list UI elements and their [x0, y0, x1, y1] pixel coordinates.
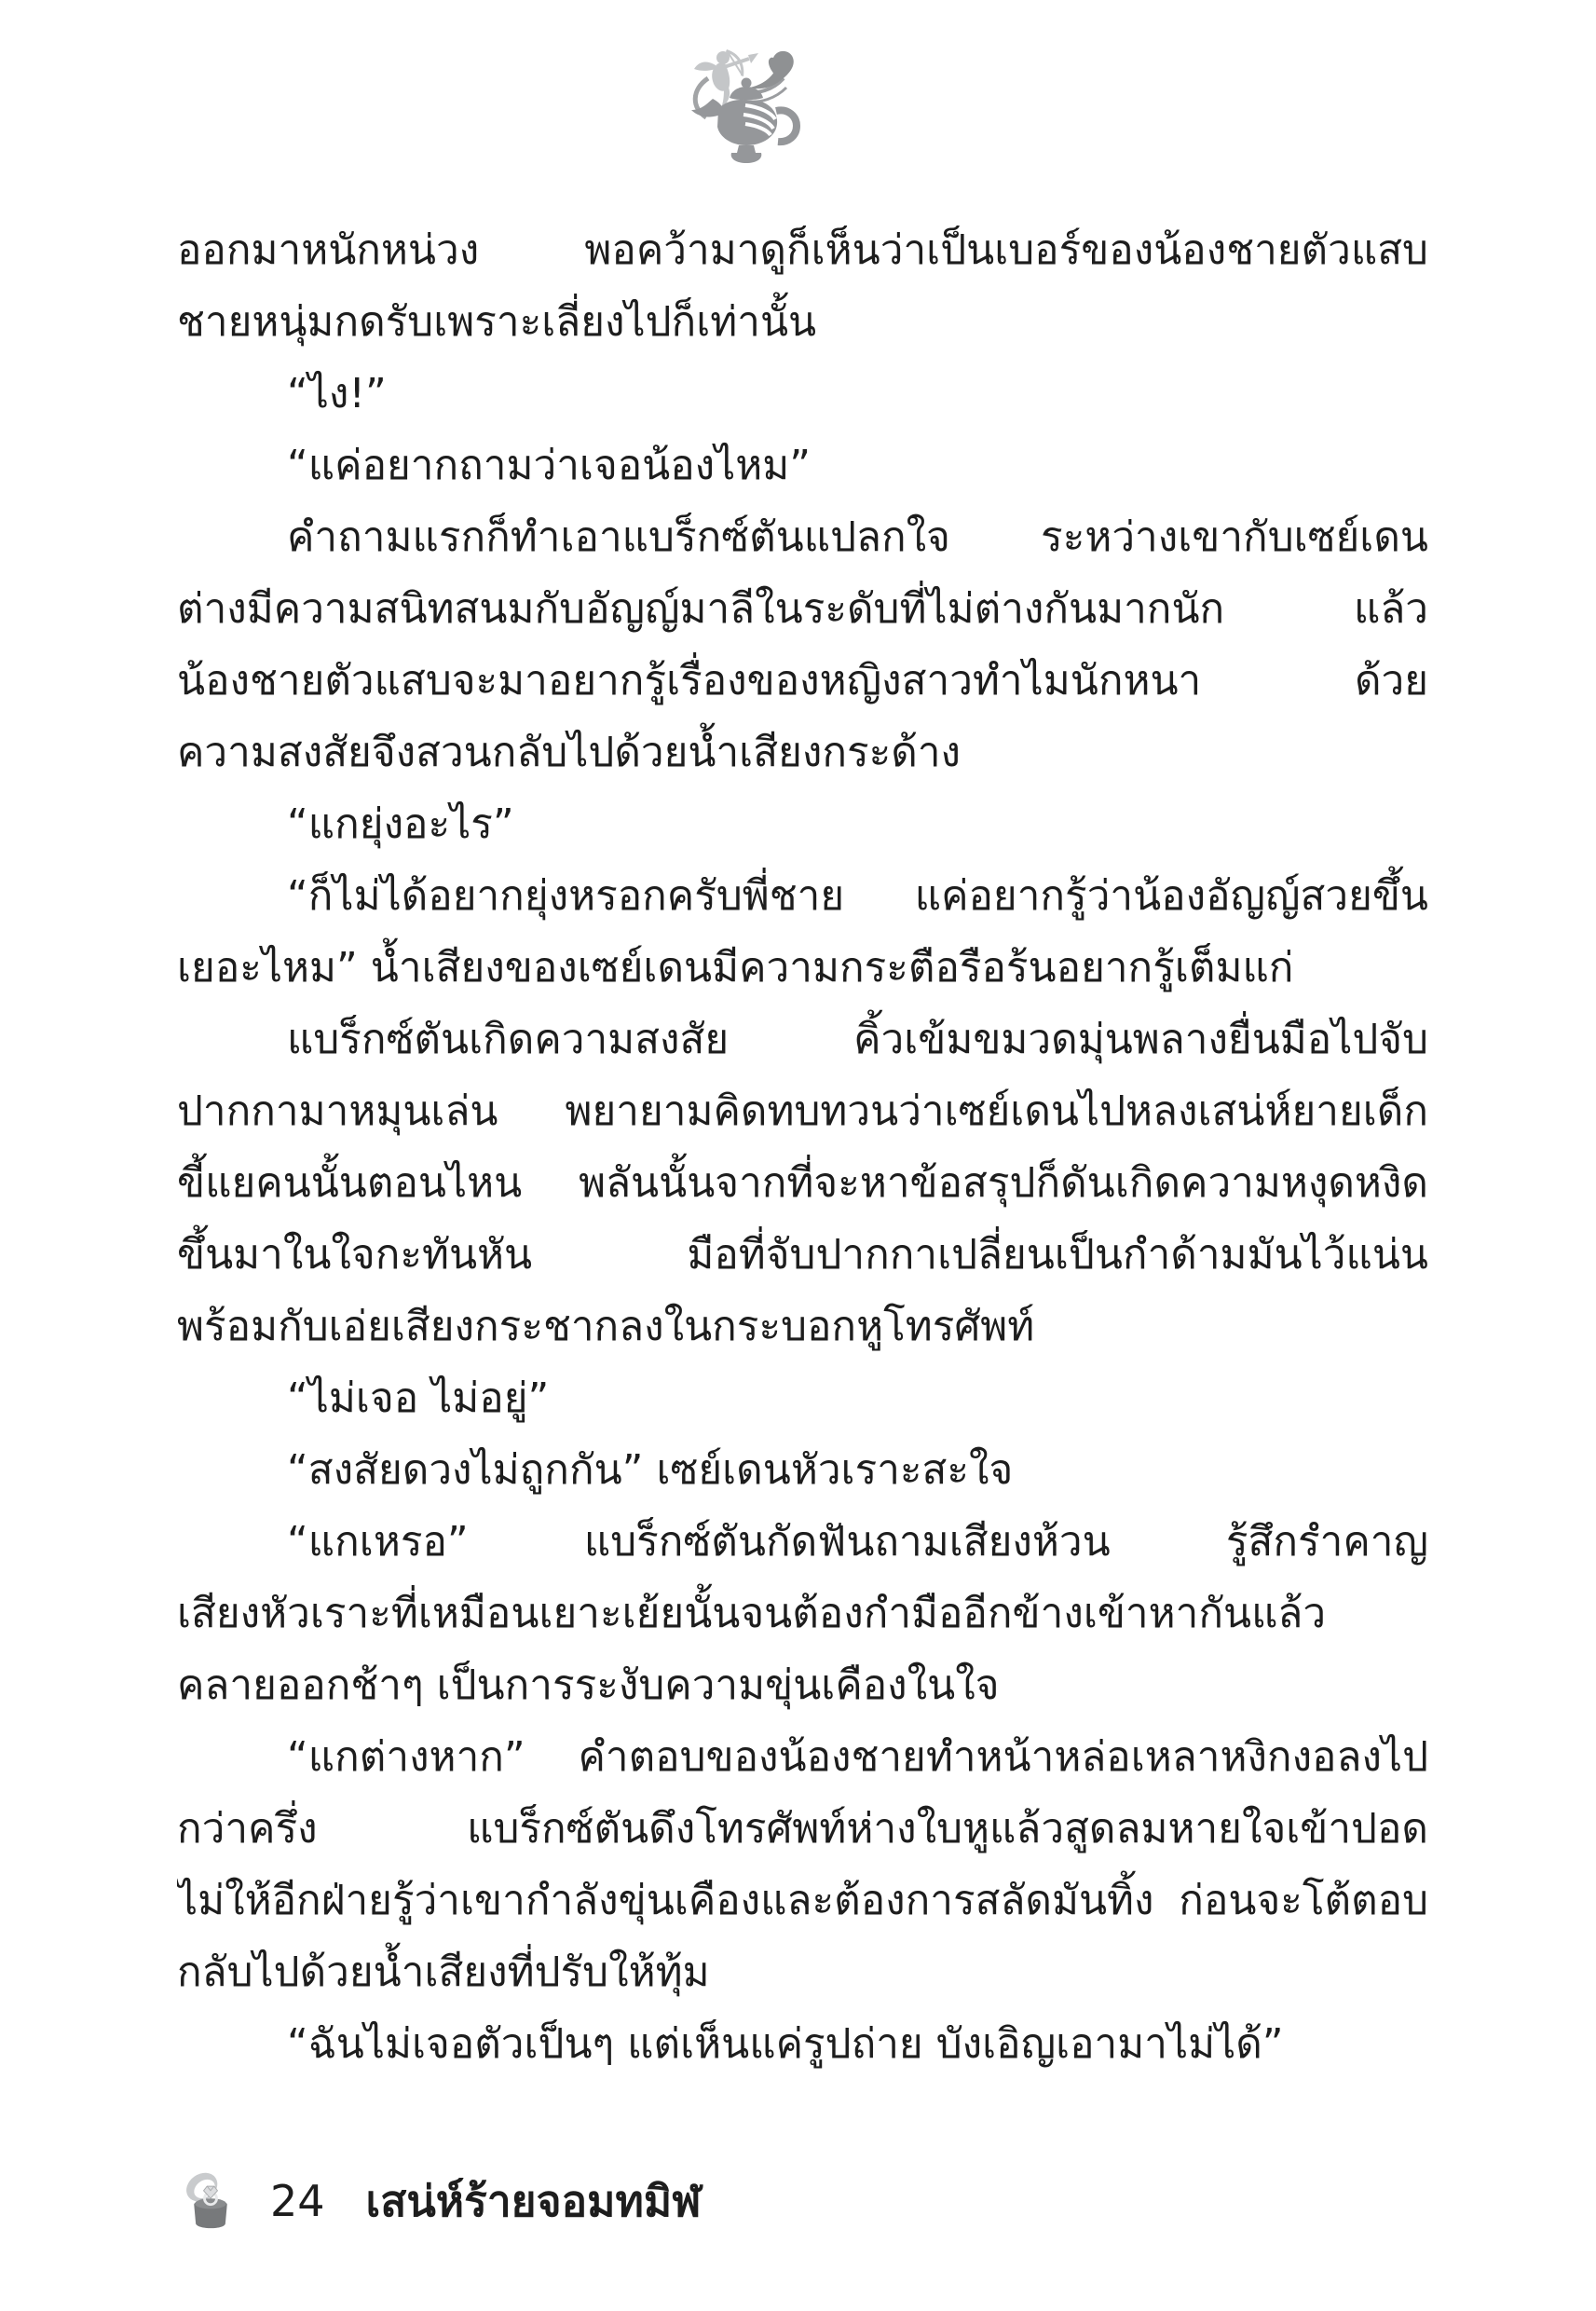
ring-box-icon — [184, 2167, 237, 2235]
text-line: กว่าครึ่ง แบร็กซ์ตันดึงโทรศัพท์ห่างใบหูแ… — [177, 1793, 1428, 1865]
page-number: 24 — [270, 2176, 325, 2226]
text-line: ต่างมีความสนิทสนมกับอัญญ์มาลีในระดับที่ไ… — [177, 573, 1428, 645]
text-line: ชายหนุ่มกดรับเพราะเลี่ยงไปก็เท่านั้น — [177, 286, 1428, 358]
text-line: ไม่ให้อีกฝ่ายรู้ว่าเขากำลังขุ่นเคืองและต… — [177, 1865, 1428, 1936]
text-line: “ไง!” — [177, 358, 1428, 430]
text-line: “แกยุ่งอะไร” — [177, 788, 1428, 860]
cupid-genie-lamp-icon — [689, 47, 806, 175]
text-line: คำถามแรกก็ทำเอาแบร็กซ์ตันแปลกใจ ระหว่างเ… — [177, 501, 1428, 573]
text-line: ออกมาหนักหน่วง พอคว้ามาดูก็เห็นว่าเป็นเบ… — [177, 214, 1428, 286]
text-line: กลับไปด้วยน้ำเสียงที่ปรับให้ทุ้ม — [177, 1936, 1428, 2008]
text-line: “ฉันไม่เจอตัวเป็นๆ แต่เห็นแค่รูปถ่าย บัง… — [177, 2008, 1428, 2080]
text-line: เยอะไหม” น้ำเสียงของเซย์เดนมีความกระตือร… — [177, 932, 1428, 1004]
book-page: { "page": { "number": "24", "book_title"… — [0, 0, 1596, 2311]
book-title: เสน่ห์ร้ายจอมทมิฬ — [366, 2167, 702, 2236]
text-line: “สงสัยดวงไม่ถูกกัน” เซย์เดนหัวเราะสะใจ — [177, 1434, 1428, 1506]
text-line: “แค่อยากถามว่าเจอน้องไหม” — [177, 430, 1428, 501]
text-line: “แกเหรอ” แบร็กซ์ตันกัดฟันถามเสียงห้วน รู… — [177, 1506, 1428, 1578]
text-line: ขึ้นมาในใจกะทันหัน มือที่จับปากกาเปลี่ยน… — [177, 1219, 1428, 1291]
text-line: เสียงหัวเราะที่เหมือนเยาะเย้ยนั้นจนต้องก… — [177, 1578, 1428, 1649]
text-line: คลายออกช้าๆ เป็นการระงับความขุ่นเคืองในใ… — [177, 1649, 1428, 1721]
text-line: ปากกามาหมุนเล่น พยายามคิดทบทวนว่าเซย์เดน… — [177, 1075, 1428, 1147]
text-line: “แกต่างหาก” คำตอบของน้องชายทำหน้าหล่อเหล… — [177, 1721, 1428, 1793]
text-line: “ก็ไม่ได้อยากยุ่งหรอกครับพี่ชาย แค่อยากร… — [177, 860, 1428, 932]
text-line: พร้อมกับเอ่ยเสียงกระชากลงในกระบอกหูโทรศั… — [177, 1291, 1428, 1362]
text-line: น้องชายตัวแสบจะมาอยากรู้เรื่องของหญิงสาว… — [177, 645, 1428, 717]
footer: 24 เสน่ห์ร้ายจอมทมิฬ — [184, 2164, 702, 2238]
text-line: “ไม่เจอ ไม่อยู่” — [177, 1362, 1428, 1434]
text-line: แบร็กซ์ตันเกิดความสงสัย คิ้วเข้มขมวดมุ่น… — [177, 1004, 1428, 1075]
text-block: ออกมาหนักหน่วง พอคว้ามาดูก็เห็นว่าเป็นเบ… — [177, 214, 1428, 2080]
text-line: ขี้แยคนนั้นตอนไหน พลันนั้นจากที่จะหาข้อส… — [177, 1147, 1428, 1219]
text-line: ความสงสัยจึงสวนกลับไปด้วยน้ำเสียงกระด้าง — [177, 717, 1428, 788]
